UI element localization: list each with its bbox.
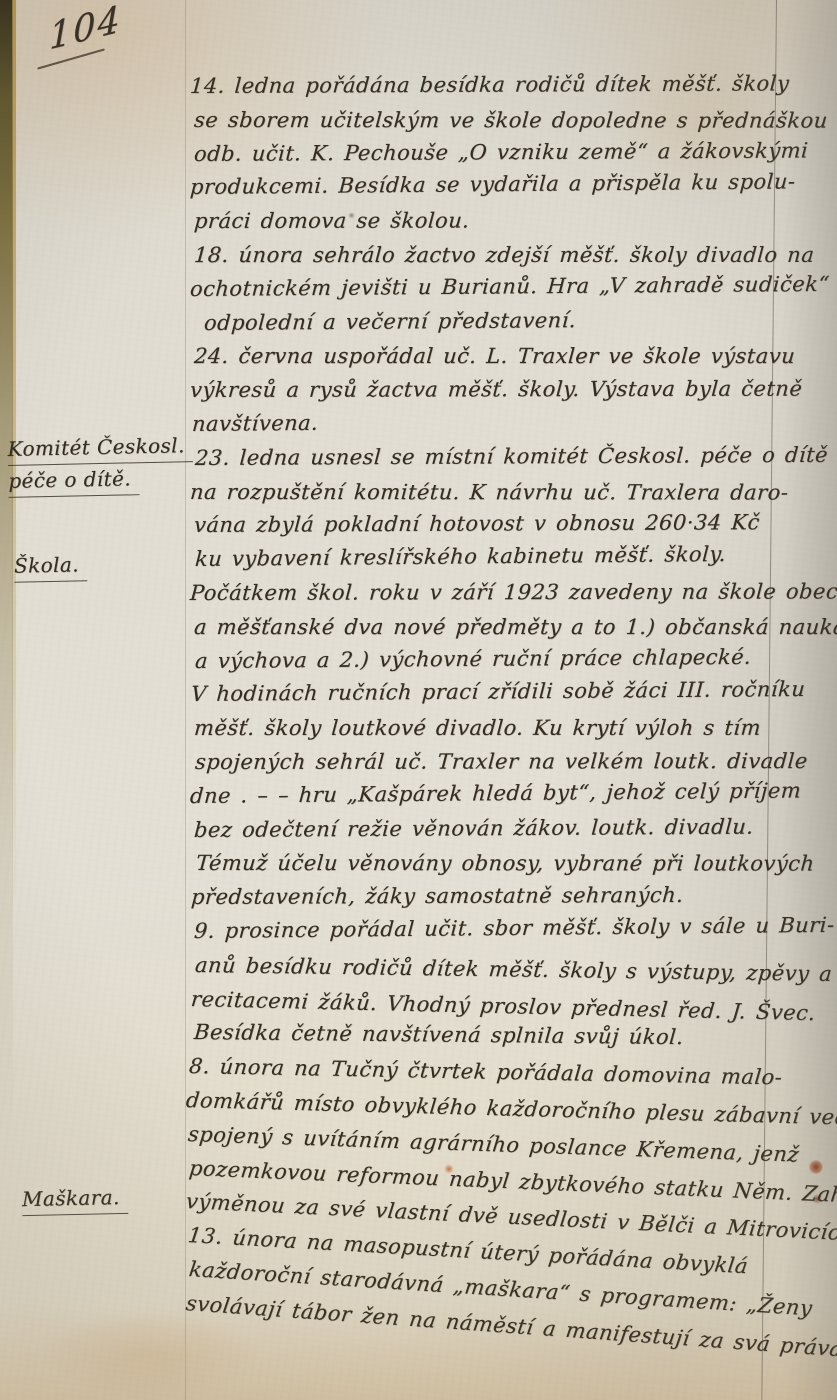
- handwritten-line: Besídka četně navštívená splnila svůj úk…: [193, 1016, 835, 1056]
- page-number: 104: [49, 0, 121, 59]
- handwritten-line: Témuž účelu věnovány obnosy, vybrané při…: [195, 847, 834, 881]
- handwritten-line: na rozpuštění komitétu. K návrhu uč. Tra…: [189, 476, 834, 510]
- handwritten-line: 24. června uspořádal uč. L. Traxler ve š…: [193, 340, 834, 374]
- margin-note-line: Maškara.: [22, 1182, 128, 1216]
- handwritten-line: ochotnickém jevišti u Burianů. Hra „V za…: [189, 268, 834, 307]
- handwritten-line: dne . – – hru „Kašpárek hledá byt“, jeho…: [189, 774, 834, 814]
- handwritten-line: bez odečtení režie věnován žákov. loutk.…: [193, 810, 834, 848]
- handwritten-line: V hodinách ručních prací zřídili sobě žá…: [189, 673, 834, 712]
- margin-note-line: Škola.: [14, 549, 88, 583]
- handwritten-line: měšť. školy loutkové divadlo. Ku krytí v…: [193, 712, 834, 746]
- handwritten-line: 14. ledna pořádána besídka rodičů dítek …: [189, 67, 834, 104]
- left-margin-rule-line: [185, 0, 186, 1400]
- chronicle-page: 104 Komitét Českosl.péče o dítě. Škola. …: [0, 0, 837, 1400]
- body-text: 14. ledna pořádána besídka rodičů dítek …: [188, 70, 833, 1320]
- margin-note-line: péče o dítě.: [8, 463, 139, 498]
- handwritten-line: odpolední a večerní představení.: [203, 302, 834, 341]
- handwritten-line: navštívena.: [191, 402, 834, 442]
- margin-note-maskara: Maškara.: [22, 1182, 128, 1216]
- handwritten-line: práci domova se školou.: [193, 204, 834, 239]
- margin-note-komitet: Komitét Českosl.péče o dítě.: [7, 430, 193, 498]
- handwritten-line: 9. prosince pořádal učit. sbor měšť. ško…: [193, 909, 834, 949]
- margin-note-line: Komitét Českosl.: [7, 430, 193, 466]
- handwritten-line: ku vybavení kreslířského kabinetu měšť. …: [193, 537, 834, 577]
- handwritten-line: se sborem učitelským ve škole dopoledne …: [193, 104, 834, 138]
- handwritten-line: produkcemi. Besídka se vydařila a přispě…: [189, 165, 834, 205]
- handwritten-line: a měšťanské dva nové předměty a to 1.) o…: [193, 611, 834, 645]
- handwritten-line: Počátkem škol. roku v září 1923 zavedeny…: [189, 575, 834, 610]
- book-binding-gold-edge: [12, 0, 16, 1400]
- handwritten-line: 23. ledna usnesl se místní komitét Česko…: [193, 439, 834, 476]
- margin-note-skola: Škola.: [14, 549, 88, 583]
